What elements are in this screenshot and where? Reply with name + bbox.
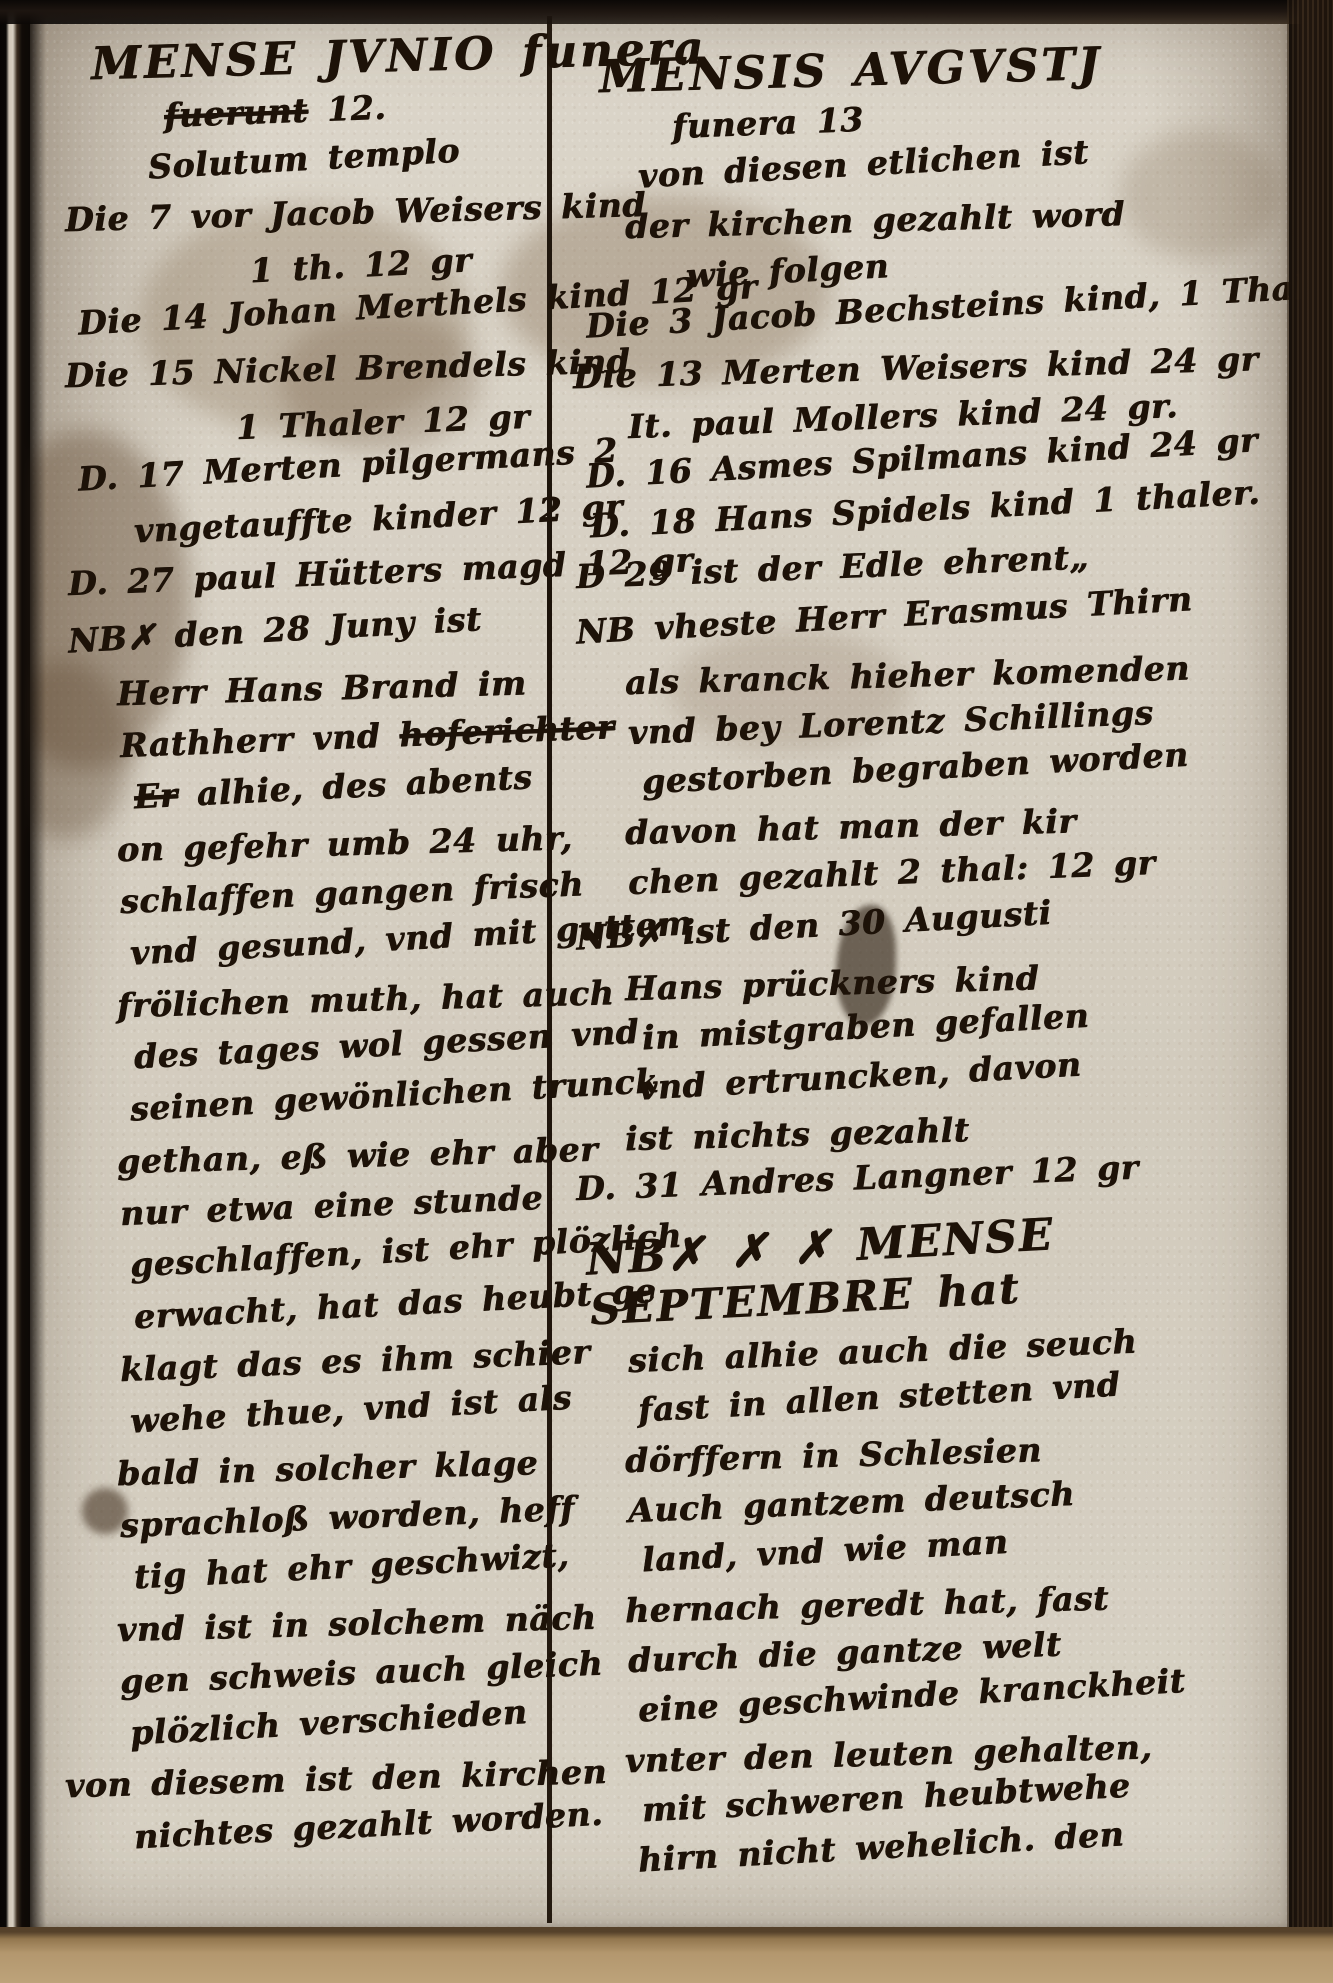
handwriting-text: NB✗ den 28 Juny ist xyxy=(67,599,483,660)
handwriting-text: Solutum templo xyxy=(147,131,461,187)
right-column-mensis-augusti: MENSIS AVGVSTJfunera 13von diesen etlich… xyxy=(576,52,1282,1886)
handwriting-text: 12. xyxy=(307,87,387,129)
book-top-edge xyxy=(0,0,1333,24)
struck-text: Er xyxy=(133,775,179,816)
handwriting-text: funera 13 xyxy=(671,100,864,146)
handwriting-text: alhie, des abents xyxy=(177,757,534,814)
table-surface xyxy=(0,1927,1333,1983)
left-column-mense-junio: MENSE JVNIO funerafuerunt 12.Solutum tem… xyxy=(68,38,546,1864)
book-binding-gutter xyxy=(0,0,46,1929)
manuscript-photo: { "document": { "kind": "handwritten par… xyxy=(0,0,1333,1983)
handwriting-text: Herr Hans Brand im xyxy=(116,663,526,713)
page-block-edge xyxy=(1287,0,1333,1929)
struck-text: fuerunt xyxy=(163,90,308,134)
handwriting-text: Die 15 Nickel Brendels kind xyxy=(64,341,630,395)
handwriting-text: Rathherr vnd xyxy=(119,715,400,765)
